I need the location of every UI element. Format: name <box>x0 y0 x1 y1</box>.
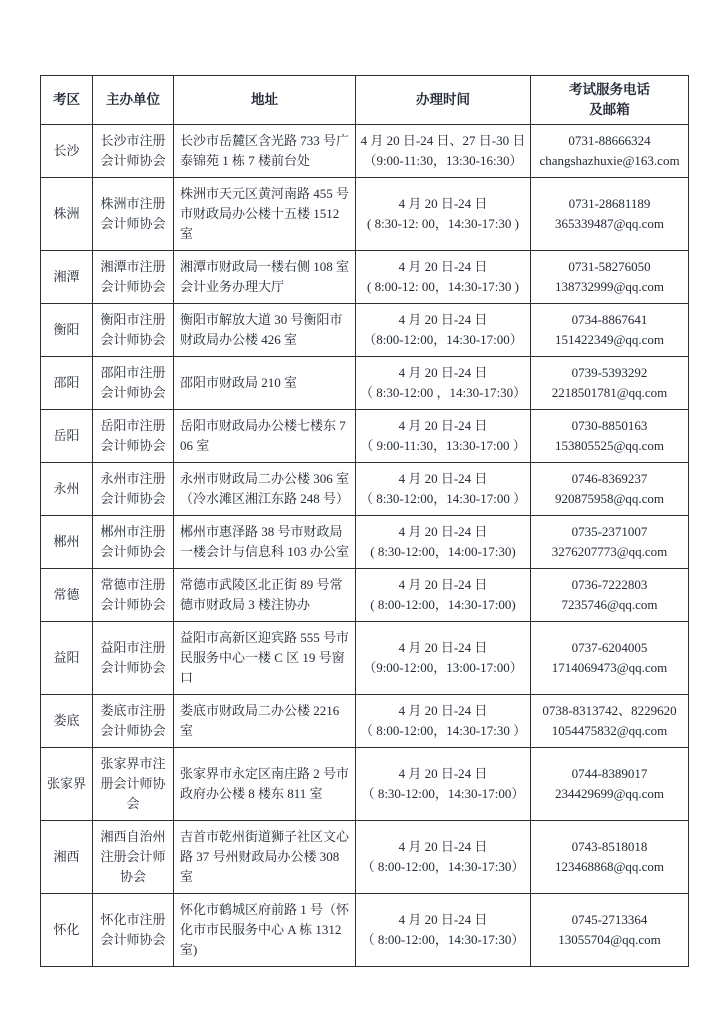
region-cell: 怀化 <box>41 894 93 967</box>
address-cell: 娄底市财政局二办公楼 2216 室 <box>174 695 356 748</box>
contact-cell: 0738-8313742、8229620 1054475832@qq.com <box>531 695 689 748</box>
table-header: 考区 主办单位 地址 办理时间 考试服务电话 及邮箱 <box>41 76 689 125</box>
contact-cell: 0746-8369237 920875958@qq.com <box>531 463 689 516</box>
organizer-cell: 永州市注册会计师协会 <box>93 463 174 516</box>
address-cell: 张家界市永定区南庄路 2 号市政府办公楼 8 楼东 811 室 <box>174 748 356 821</box>
address-cell: 永州市财政局二办公楼 306 室（冷水滩区湘江东路 248 号） <box>174 463 356 516</box>
region-cell: 益阳 <box>41 622 93 695</box>
time-cell: 4 月 20 日-24 日 （ 8:00-12:00，14:30-17:30） <box>356 821 531 894</box>
time-cell: 4 月 20 日-24 日 ( 8:30-12:00，14:00-17:30) <box>356 516 531 569</box>
region-cell: 邵阳 <box>41 357 93 410</box>
region-cell: 娄底 <box>41 695 93 748</box>
table-row: 常德常德市注册会计师协会常德市武陵区北正街 89 号常德市财政局 3 楼注协办4… <box>41 569 689 622</box>
organizer-cell: 益阳市注册会计师协会 <box>93 622 174 695</box>
table-body: 长沙长沙市注册会计师协会长沙市岳麓区含光路 733 号广泰锦苑 1 栋 7 楼前… <box>41 125 689 967</box>
organizer-cell: 湘西自治州注册会计师协会 <box>93 821 174 894</box>
region-cell: 张家界 <box>41 748 93 821</box>
address-cell: 郴州市惠泽路 38 号市财政局一楼会计与信息科 103 办公室 <box>174 516 356 569</box>
contact-cell: 0735-2371007 3276207773@qq.com <box>531 516 689 569</box>
time-cell: 4 月 20 日-24 日 （ 8:30-12:00 ，14:30-17:30） <box>356 357 531 410</box>
table-row: 怀化怀化市注册会计师协会怀化市鹤城区府前路 1 号（怀化市市民服务中心 A 栋 … <box>41 894 689 967</box>
contact-cell: 0736-7222803 7235746@qq.com <box>531 569 689 622</box>
contact-cell: 0739-5393292 2218501781@qq.com <box>531 357 689 410</box>
organizer-cell: 娄底市注册会计师协会 <box>93 695 174 748</box>
region-cell: 郴州 <box>41 516 93 569</box>
address-cell: 邵阳市财政局 210 室 <box>174 357 356 410</box>
organizer-cell: 衡阳市注册会计师协会 <box>93 304 174 357</box>
contact-cell: 0731-58276050 138732999@qq.com <box>531 251 689 304</box>
time-cell: 4 月 20 日-24 日 ( 8:00-12: 00，14:30-17:30 … <box>356 251 531 304</box>
address-cell: 怀化市鹤城区府前路 1 号（怀化市市民服务中心 A 栋 1312 室) <box>174 894 356 967</box>
table-row: 娄底娄底市注册会计师协会娄底市财政局二办公楼 2216 室4 月 20 日-24… <box>41 695 689 748</box>
table-row: 株洲株洲市注册会计师协会株洲市天元区黄河南路 455 号市财政局办公楼十五楼 1… <box>41 178 689 251</box>
table-row: 长沙长沙市注册会计师协会长沙市岳麓区含光路 733 号广泰锦苑 1 栋 7 楼前… <box>41 125 689 178</box>
region-cell: 湘西 <box>41 821 93 894</box>
organizer-cell: 常德市注册会计师协会 <box>93 569 174 622</box>
organizer-cell: 岳阳市注册会计师协会 <box>93 410 174 463</box>
organizer-cell: 湘潭市注册会计师协会 <box>93 251 174 304</box>
region-cell: 常德 <box>41 569 93 622</box>
address-cell: 吉首市乾州街道狮子社区文心路 37 号州财政局办公楼 308 室 <box>174 821 356 894</box>
address-cell: 株洲市天元区黄河南路 455 号市财政局办公楼十五楼 1512 室 <box>174 178 356 251</box>
contact-cell: 0745-2713364 13055704@qq.com <box>531 894 689 967</box>
time-cell: 4 月 20 日-24 日 （ 8:00-12:00，14:30-17:30） <box>356 894 531 967</box>
header-organizer: 主办单位 <box>93 76 174 125</box>
region-cell: 长沙 <box>41 125 93 178</box>
address-cell: 常德市武陵区北正街 89 号常德市财政局 3 楼注协办 <box>174 569 356 622</box>
time-cell: 4 月 20 日-24 日、27 日-30 日 （9:00-11:30，13:3… <box>356 125 531 178</box>
contact-cell: 0731-28681189 365339487@qq.com <box>531 178 689 251</box>
organizer-cell: 怀化市注册会计师协会 <box>93 894 174 967</box>
exam-locations-table: 考区 主办单位 地址 办理时间 考试服务电话 及邮箱 长沙长沙市注册会计师协会长… <box>40 75 689 967</box>
organizer-cell: 株洲市注册会计师协会 <box>93 178 174 251</box>
table-row: 郴州郴州市注册会计师协会郴州市惠泽路 38 号市财政局一楼会计与信息科 103 … <box>41 516 689 569</box>
address-cell: 益阳市高新区迎宾路 555 号市民服务中心一楼 C 区 19 号窗口 <box>174 622 356 695</box>
table-row: 张家界张家界市注册会计师协会张家界市永定区南庄路 2 号市政府办公楼 8 楼东 … <box>41 748 689 821</box>
header-contact: 考试服务电话 及邮箱 <box>531 76 689 125</box>
table-row: 衡阳衡阳市注册会计师协会衡阳市解放大道 30 号衡阳市财政局办公楼 426 室4… <box>41 304 689 357</box>
header-address: 地址 <box>174 76 356 125</box>
organizer-cell: 邵阳市注册会计师协会 <box>93 357 174 410</box>
time-cell: 4 月 20 日-24 日 （9:00-12:00，13:00-17:00） <box>356 622 531 695</box>
header-region: 考区 <box>41 76 93 125</box>
address-cell: 岳阳市财政局办公楼七楼东 706 室 <box>174 410 356 463</box>
header-time: 办理时间 <box>356 76 531 125</box>
contact-cell: 0737-6204005 1714069473@qq.com <box>531 622 689 695</box>
table-row: 湘西湘西自治州注册会计师协会吉首市乾州街道狮子社区文心路 37 号州财政局办公楼… <box>41 821 689 894</box>
header-row: 考区 主办单位 地址 办理时间 考试服务电话 及邮箱 <box>41 76 689 125</box>
region-cell: 湘潭 <box>41 251 93 304</box>
region-cell: 岳阳 <box>41 410 93 463</box>
time-cell: 4 月 20 日-24 日 （ 8:30-12:00，14:30-17:00 ） <box>356 463 531 516</box>
table-row: 湘潭湘潭市注册会计师协会湘潭市财政局一楼右侧 108 室会计业务办理大厅4 月 … <box>41 251 689 304</box>
contact-cell: 0734-8867641 151422349@qq.com <box>531 304 689 357</box>
organizer-cell: 郴州市注册会计师协会 <box>93 516 174 569</box>
time-cell: 4 月 20 日-24 日 （8:00-12:00，14:30-17:00） <box>356 304 531 357</box>
organizer-cell: 长沙市注册会计师协会 <box>93 125 174 178</box>
address-cell: 衡阳市解放大道 30 号衡阳市财政局办公楼 426 室 <box>174 304 356 357</box>
region-cell: 衡阳 <box>41 304 93 357</box>
organizer-cell: 张家界市注册会计师协会 <box>93 748 174 821</box>
time-cell: 4 月 20 日-24 日 （ 8:30-12:00，14:30-17:00） <box>356 748 531 821</box>
table-row: 永州永州市注册会计师协会永州市财政局二办公楼 306 室（冷水滩区湘江东路 24… <box>41 463 689 516</box>
contact-cell: 0743-8518018 123468868@qq.com <box>531 821 689 894</box>
time-cell: 4 月 20 日-24 日 ( 8:00-12:00，14:30-17:00) <box>356 569 531 622</box>
time-cell: 4 月 20 日-24 日 ( 8:30-12: 00，14:30-17:30 … <box>356 178 531 251</box>
table-row: 邵阳邵阳市注册会计师协会邵阳市财政局 210 室4 月 20 日-24 日 （ … <box>41 357 689 410</box>
contact-cell: 0744-8389017 234429699@qq.com <box>531 748 689 821</box>
time-cell: 4 月 20 日-24 日 （ 8:00-12:00，14:30-17:30 ） <box>356 695 531 748</box>
region-cell: 永州 <box>41 463 93 516</box>
region-cell: 株洲 <box>41 178 93 251</box>
address-cell: 长沙市岳麓区含光路 733 号广泰锦苑 1 栋 7 楼前台处 <box>174 125 356 178</box>
table-row: 岳阳岳阳市注册会计师协会岳阳市财政局办公楼七楼东 706 室4 月 20 日-2… <box>41 410 689 463</box>
table-row: 益阳益阳市注册会计师协会益阳市高新区迎宾路 555 号市民服务中心一楼 C 区 … <box>41 622 689 695</box>
contact-cell: 0731-88666324 changshazhuxie@163.com <box>531 125 689 178</box>
time-cell: 4 月 20 日-24 日 （ 9:00-11:30，13:30-17:00 ） <box>356 410 531 463</box>
contact-cell: 0730-8850163 153805525@qq.com <box>531 410 689 463</box>
address-cell: 湘潭市财政局一楼右侧 108 室会计业务办理大厅 <box>174 251 356 304</box>
